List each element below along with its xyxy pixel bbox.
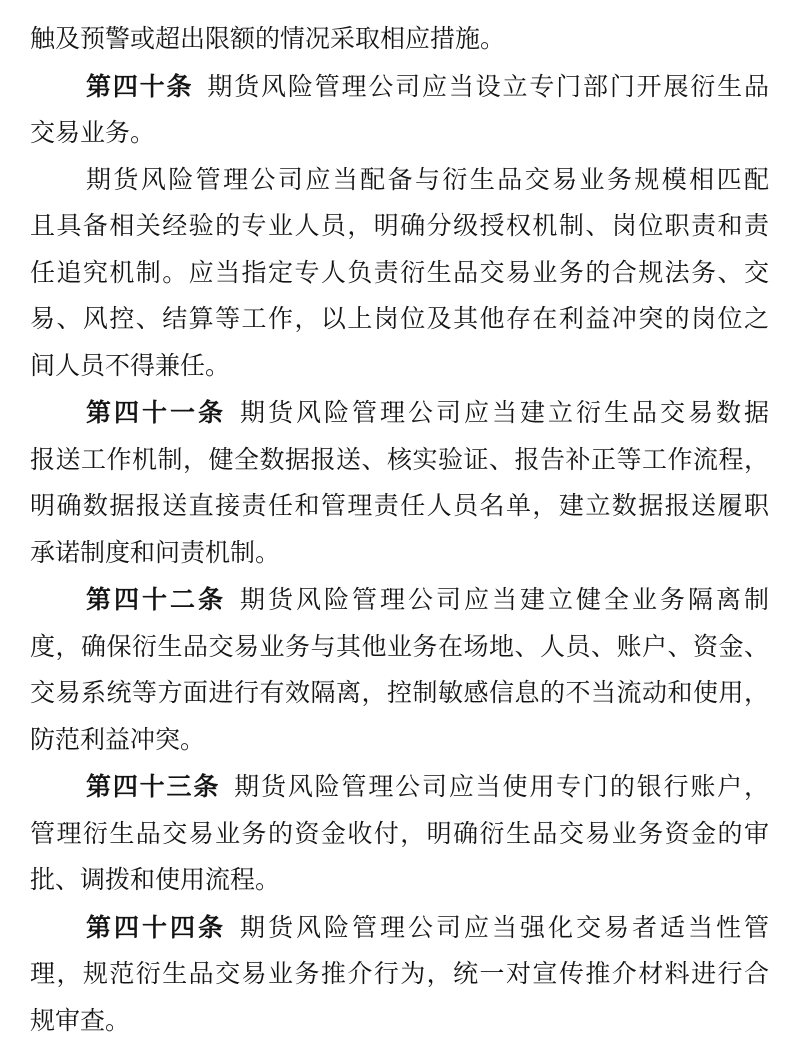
article-number-42: 第四十二条 [86, 586, 226, 614]
article-number-40: 第四十条 [86, 73, 193, 101]
paragraph-article-44: 第四十四条期货风险管理公司应当强化交易者适当性管 理，规范衍生品交易业务推介行为… [30, 905, 769, 1046]
paragraph-personnel: 期货风险管理公司应当配备与衍生品交易业务规模相匹配 且具备相关经验的专业人员，明… [30, 158, 769, 391]
document-line: 第四十四条期货风险管理公司应当强化交易者适当性管 [30, 905, 769, 953]
paragraph-continuation: 触及预警或超出限额的情况采取相应措施。 [30, 17, 769, 64]
document-line: 期货风险管理公司应当配备与衍生品交易业务规模相匹配 [30, 158, 769, 205]
document-line: 承诺制度和问责机制。 [30, 531, 769, 578]
line-text: 期货风险管理公司应当强化交易者适当性管 [240, 915, 769, 942]
line-text: 期货风险管理公司应当设立专门部门开展衍生品 [207, 74, 769, 101]
line-text: 期货风险管理公司应当使用专门的银行账户， [234, 774, 769, 801]
line-text: 期货风险管理公司应当建立健全业务隔离制 [240, 587, 769, 614]
document-line: 触及预警或超出限额的情况采取相应措施。 [30, 17, 769, 64]
document-line: 批、调拨和使用流程。 [30, 858, 769, 905]
paragraph-article-41: 第四十一条期货风险管理公司应当建立衍生品交易数据 报送工作机制，健全数据报送、核… [30, 390, 769, 577]
article-number-41: 第四十一条 [86, 399, 226, 427]
document-line: 易、风控、结算等工作，以上岗位及其他存在利益冲突的岗位之 [30, 297, 769, 344]
document-line: 管理衍生品交易业务的资金收付，明确衍生品交易业务资金的审 [30, 812, 769, 859]
article-number-44: 第四十四条 [86, 914, 226, 942]
line-text: 期货风险管理公司应当建立衍生品交易数据 [240, 400, 769, 427]
paragraph-article-43: 第四十三条期货风险管理公司应当使用专门的银行账户， 管理衍生品交易业务的资金收付… [30, 764, 769, 905]
paragraph-article-40: 第四十条期货风险管理公司应当设立专门部门开展衍生品 交易业务。 [30, 64, 769, 158]
paragraph-article-42: 第四十二条期货风险管理公司应当建立健全业务隔离制 度，确保衍生品交易业务与其他业… [30, 577, 769, 764]
document-line: 第四十三条期货风险管理公司应当使用专门的银行账户， [30, 764, 769, 812]
document-line: 第四十二条期货风险管理公司应当建立健全业务隔离制 [30, 577, 769, 625]
document-line: 防范利益冲突。 [30, 718, 769, 765]
document-line: 且具备相关经验的专业人员，明确分级授权机制、岗位职责和责 [30, 204, 769, 251]
document-line: 第四十一条期货风险管理公司应当建立衍生品交易数据 [30, 390, 769, 438]
document-line: 明确数据报送直接责任和管理责任人员名单，建立数据报送履职 [30, 484, 769, 531]
document-line: 第四十条期货风险管理公司应当设立专门部门开展衍生品 [30, 64, 769, 112]
document-line: 规审查。 [30, 999, 769, 1046]
article-number-43: 第四十三条 [86, 773, 220, 801]
document-line: 报送工作机制，健全数据报送、核实验证、报告补正等工作流程， [30, 438, 769, 485]
document-line: 理，规范衍生品交易业务推介行为，统一对宣传推介材料进行合 [30, 952, 769, 999]
document-line: 间人员不得兼任。 [30, 344, 769, 391]
document-line: 交易系统等方面进行有效隔离，控制敏感信息的不当流动和使用， [30, 671, 769, 718]
document-line: 交易业务。 [30, 111, 769, 158]
document-page: 触及预警或超出限额的情况采取相应措施。 第四十条期货风险管理公司应当设立专门部门… [0, 0, 799, 1063]
document-line: 度，确保衍生品交易业务与其他业务在场地、人员、账户、资金、 [30, 625, 769, 672]
document-line: 任追究机制。应当指定专人负责衍生品交易业务的合规法务、交 [30, 251, 769, 298]
